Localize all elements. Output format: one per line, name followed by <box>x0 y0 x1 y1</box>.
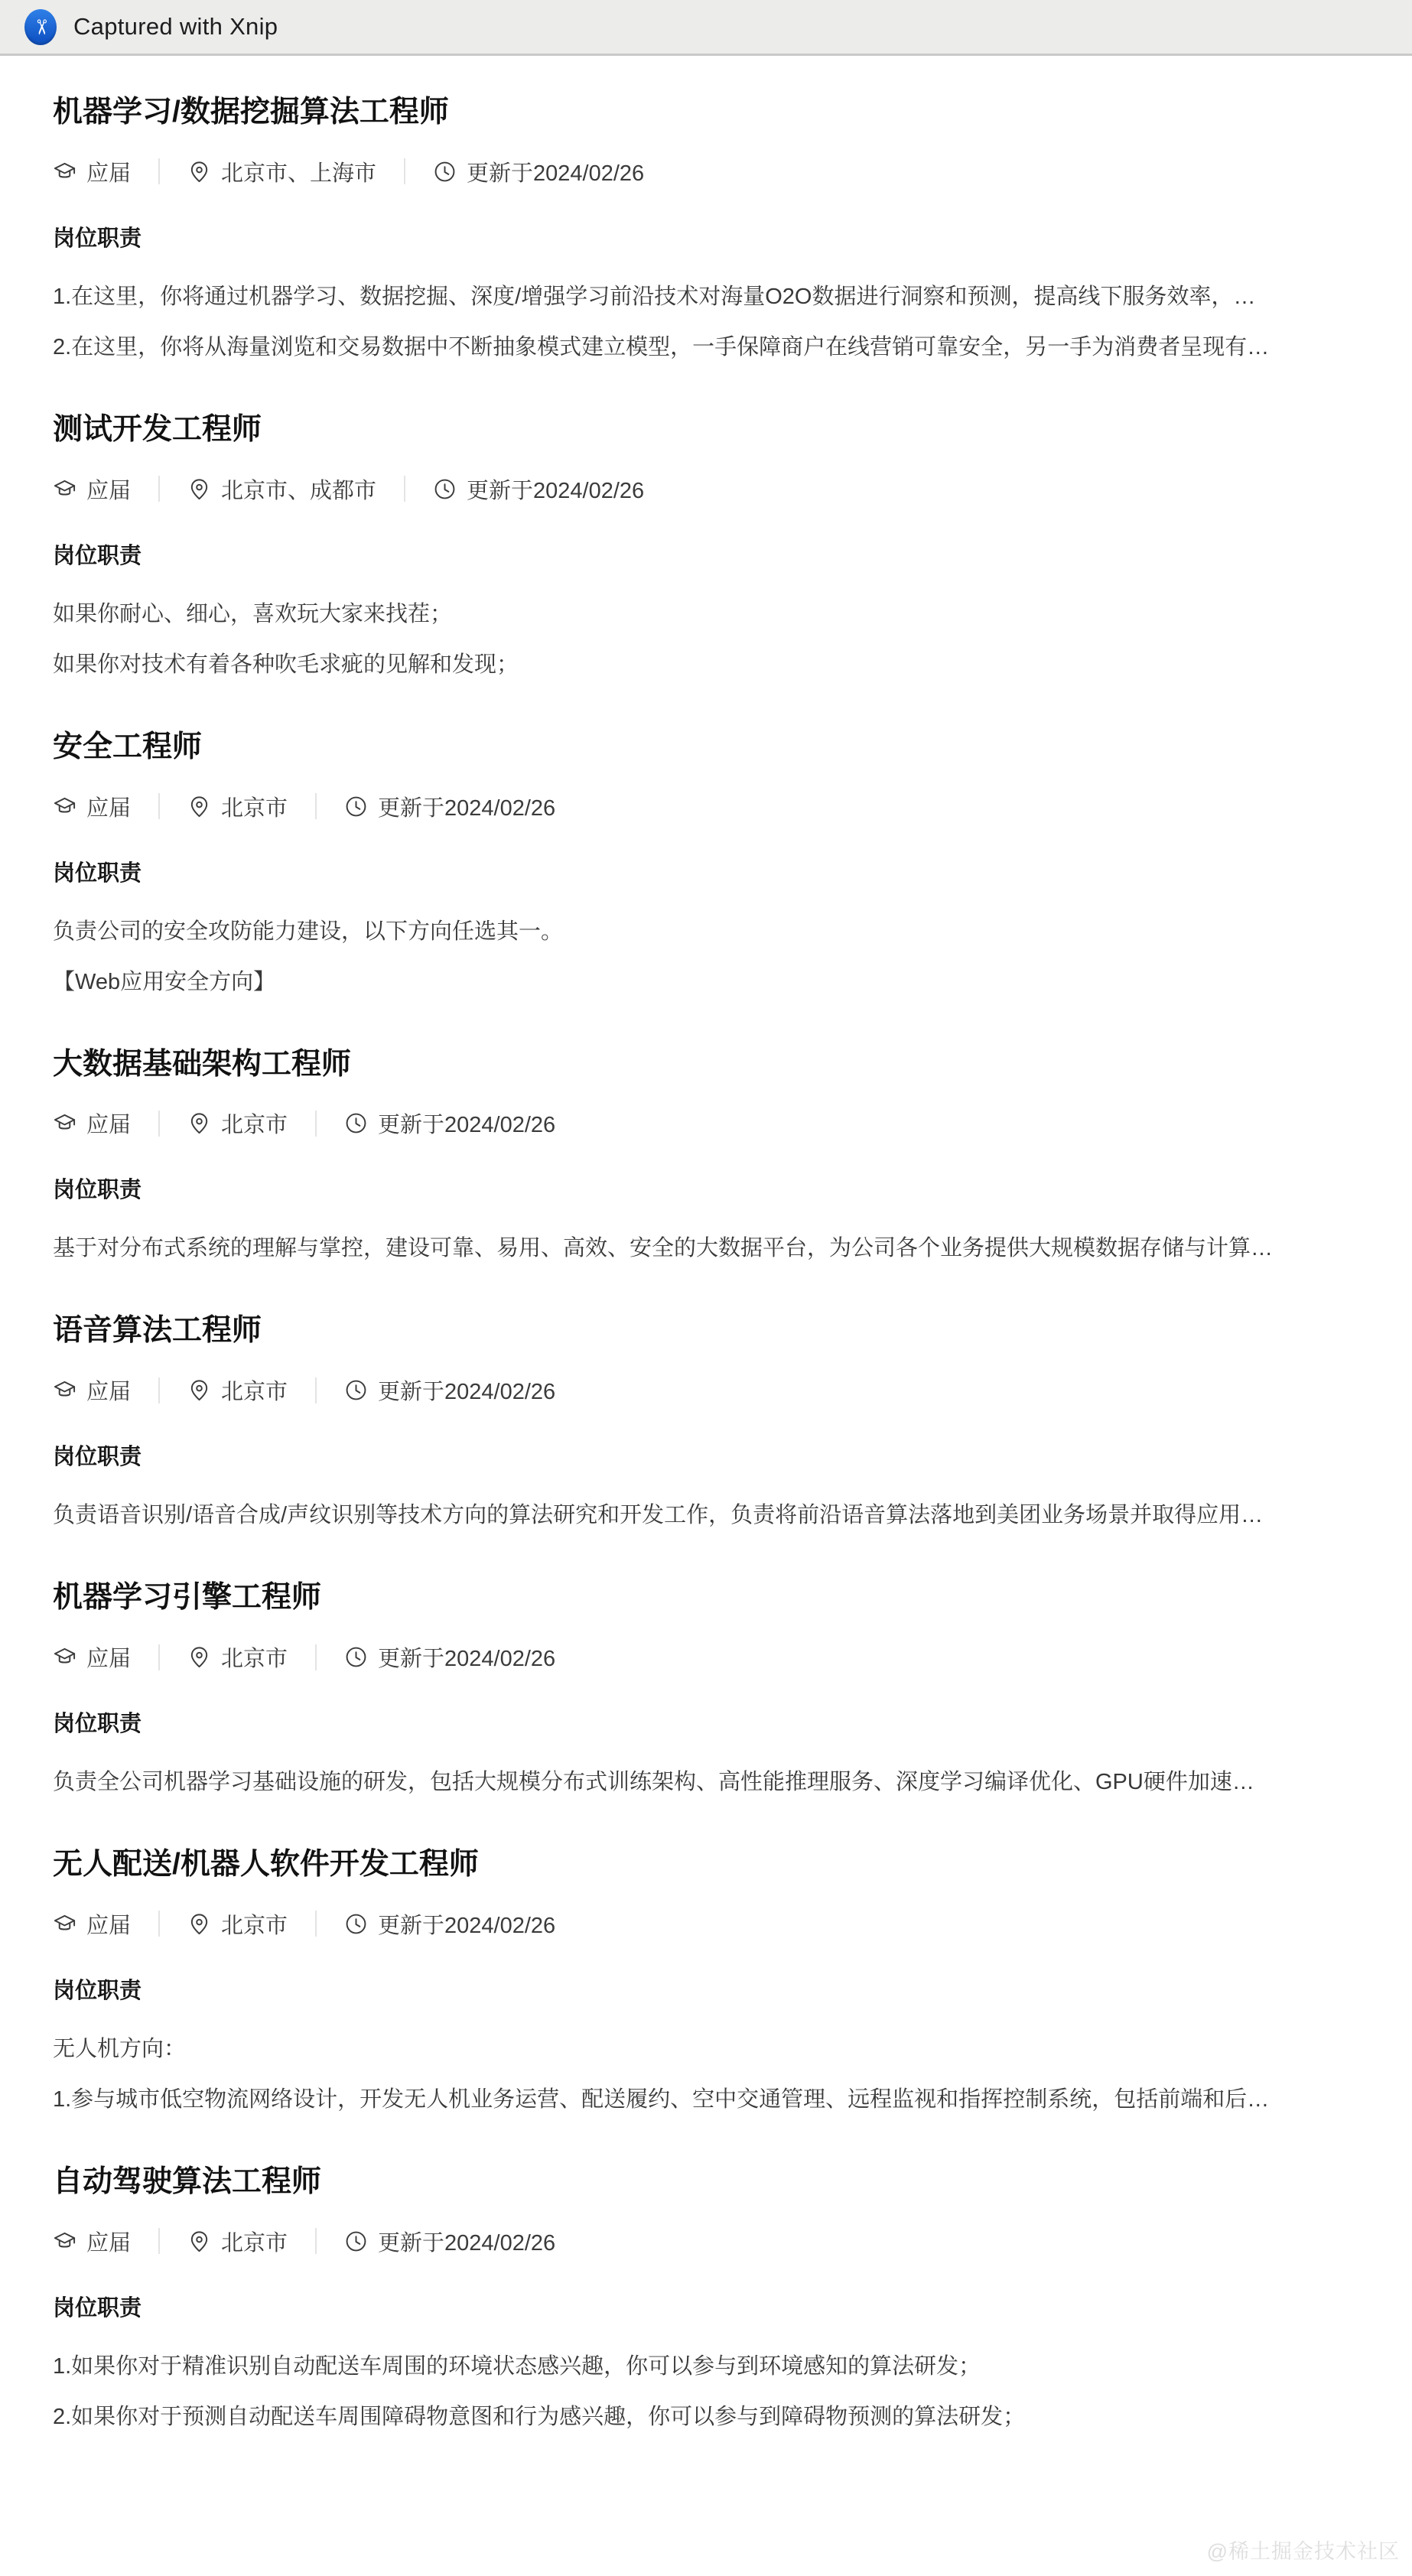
responsibility-line: 1.参与城市低空物流网络设计，开发无人机业务运营、配送履约、空中交通管理、远程监… <box>53 2084 1359 2115</box>
job-meta-row: 应届 北京市 更新于2024/02/26 <box>53 1641 1359 1673</box>
job-title[interactable]: 测试开发工程师 <box>53 413 1359 447</box>
job-title[interactable]: 语音算法工程师 <box>53 1314 1359 1348</box>
meta-divider <box>158 476 160 502</box>
graduation-cap-icon <box>53 1378 76 1402</box>
location-pin-icon <box>187 795 211 818</box>
job-location-label: 北京市 <box>221 1374 288 1406</box>
job-responsibilities: 如果你耐心、细心，喜欢玩大家来找茬；如果你对技术有着各种吹毛求疵的见解和发现； <box>53 599 1359 680</box>
job-responsibilities: 无人机方向：1.参与城市低空物流网络设计，开发无人机业务运营、配送履约、空中交通… <box>53 2034 1359 2115</box>
graduation-cap-icon <box>53 2230 76 2253</box>
job-grade-label: 应届 <box>86 1908 131 1940</box>
job-section-label: 岗位职责 <box>53 221 1359 252</box>
job-location: 北京市 <box>187 1908 288 1940</box>
job-location: 北京市 <box>187 1374 288 1406</box>
location-pin-icon <box>187 1111 211 1135</box>
location-pin-icon <box>187 1378 211 1402</box>
clock-icon <box>344 1912 368 1936</box>
job-title[interactable]: 安全工程师 <box>53 730 1359 765</box>
responsibility-line: 【Web应用安全方向】 <box>53 967 1359 997</box>
job-title[interactable]: 大数据基础架构工程师 <box>53 1048 1359 1082</box>
job-location-label: 北京市、上海市 <box>221 156 376 187</box>
meta-divider <box>315 1644 317 1670</box>
job-updated: 更新于2024/02/26 <box>344 1641 555 1673</box>
job-grade: 应届 <box>53 156 131 187</box>
job-updated-label: 更新于2024/02/26 <box>467 473 644 505</box>
job-location: 北京市、成都市 <box>187 473 376 505</box>
location-pin-icon <box>187 1645 211 1669</box>
job-card[interactable]: 安全工程师 应届 北京市 <box>53 730 1359 997</box>
header-bar: ✂ Captured with Xnip <box>0 0 1412 56</box>
responsibility-line: 负责全公司机器学习基础设施的研发，包括大规模分布式训练架构、高性能推理服务、深度… <box>53 1767 1359 1797</box>
job-grade-label: 应届 <box>86 1107 131 1139</box>
job-title[interactable]: 无人配送/机器人软件开发工程师 <box>53 1848 1359 1882</box>
job-responsibilities: 负责公司的安全攻防能力建设，以下方向任选其一。【Web应用安全方向】 <box>53 916 1359 997</box>
job-card[interactable]: 自动驾驶算法工程师 应届 北京市 <box>53 2165 1359 2432</box>
meta-divider <box>315 793 317 819</box>
job-grade: 应届 <box>53 791 131 822</box>
job-grade-label: 应届 <box>86 1641 131 1673</box>
job-updated-label: 更新于2024/02/26 <box>378 791 555 822</box>
meta-divider <box>404 158 405 184</box>
meta-divider <box>158 158 160 184</box>
job-section-label: 岗位职责 <box>53 856 1359 887</box>
job-responsibilities: 1.在这里，你将通过机器学习、数据挖掘、深度/增强学习前沿技术对海量O2O数据进… <box>53 281 1359 363</box>
job-location: 北京市 <box>187 2226 288 2257</box>
job-grade-label: 应届 <box>86 1374 131 1406</box>
job-updated-label: 更新于2024/02/26 <box>378 1374 555 1406</box>
job-title[interactable]: 机器学习/数据挖掘算法工程师 <box>53 96 1359 130</box>
clock-icon <box>433 477 457 501</box>
meta-divider <box>158 1644 160 1670</box>
job-meta-row: 应届 北京市 更新于2024/02/26 <box>53 1107 1359 1139</box>
community-watermark: @稀土掘金技术社区 <box>1207 2535 1400 2565</box>
job-grade: 应届 <box>53 1641 131 1673</box>
job-updated-label: 更新于2024/02/26 <box>378 2226 555 2257</box>
job-updated: 更新于2024/02/26 <box>344 791 555 822</box>
clock-icon <box>344 1645 368 1669</box>
graduation-cap-icon <box>53 1912 76 1936</box>
job-location: 北京市 <box>187 791 288 822</box>
graduation-cap-icon <box>53 160 76 184</box>
scissors-glyph: ✂ <box>31 18 51 36</box>
job-location-label: 北京市 <box>221 1107 288 1139</box>
job-responsibilities: 1.如果你对于精准识别自动配送车周围的环境状态感兴趣，你可以参与到环境感知的算法… <box>53 2351 1359 2432</box>
job-updated: 更新于2024/02/26 <box>344 1374 555 1406</box>
meta-divider <box>404 476 405 502</box>
responsibility-line: 基于对分布式系统的理解与掌控，建设可靠、易用、高效、安全的大数据平台，为公司各个… <box>53 1233 1359 1264</box>
meta-divider <box>158 1377 160 1403</box>
job-updated-label: 更新于2024/02/26 <box>467 156 644 187</box>
job-responsibilities: 负责语音识别/语音合成/声纹识别等技术方向的算法研究和开发工作，负责将前沿语音算… <box>53 1500 1359 1530</box>
job-grade-label: 应届 <box>86 791 131 822</box>
job-location-label: 北京市、成都市 <box>221 473 376 505</box>
job-location-label: 北京市 <box>221 1908 288 1940</box>
job-grade: 应届 <box>53 1908 131 1940</box>
clock-icon <box>344 1378 368 1402</box>
responsibility-line: 负责语音识别/语音合成/声纹识别等技术方向的算法研究和开发工作，负责将前沿语音算… <box>53 1500 1359 1530</box>
job-updated: 更新于2024/02/26 <box>344 1107 555 1139</box>
meta-divider <box>315 1911 317 1937</box>
job-updated-label: 更新于2024/02/26 <box>378 1107 555 1139</box>
job-section-label: 岗位职责 <box>53 538 1359 570</box>
clock-icon <box>344 2230 368 2253</box>
job-list: 机器学习/数据挖掘算法工程师 应届 北京市、上海市 <box>0 96 1412 2432</box>
job-card[interactable]: 机器学习/数据挖掘算法工程师 应届 北京市、上海市 <box>53 96 1359 363</box>
job-grade: 应届 <box>53 473 131 505</box>
graduation-cap-icon <box>53 1111 76 1135</box>
job-meta-row: 应届 北京市、成都市 更新于2024/02/26 <box>53 473 1359 505</box>
responsibility-line: 如果你对技术有着各种吹毛求疵的见解和发现； <box>53 649 1359 680</box>
job-card[interactable]: 测试开发工程师 应届 北京市、成都市 <box>53 413 1359 680</box>
job-card[interactable]: 机器学习引擎工程师 应届 北京市 <box>53 1581 1359 1797</box>
graduation-cap-icon <box>53 477 76 501</box>
job-section-label: 岗位职责 <box>53 1706 1359 1738</box>
job-section-label: 岗位职责 <box>53 2291 1359 2322</box>
job-updated: 更新于2024/02/26 <box>433 473 644 505</box>
responsibility-line: 2.在这里，你将从海量浏览和交易数据中不断抽象模式建立模型，一手保障商户在线营销… <box>53 332 1359 363</box>
job-location-label: 北京市 <box>221 791 288 822</box>
location-pin-icon <box>187 1912 211 1936</box>
graduation-cap-icon <box>53 1645 76 1669</box>
job-section-label: 岗位职责 <box>53 1973 1359 2005</box>
meta-divider <box>158 1111 160 1137</box>
location-pin-icon <box>187 2230 211 2253</box>
job-location-label: 北京市 <box>221 2226 288 2257</box>
header-title: Captured with Xnip <box>73 13 278 41</box>
job-title[interactable]: 自动驾驶算法工程师 <box>53 2165 1359 2200</box>
job-updated: 更新于2024/02/26 <box>344 2226 555 2257</box>
job-grade-label: 应届 <box>86 156 131 187</box>
meta-divider <box>315 1111 317 1137</box>
responsibility-line: 如果你耐心、细心，喜欢玩大家来找茬； <box>53 599 1359 629</box>
job-meta-row: 应届 北京市 更新于2024/02/26 <box>53 1374 1359 1406</box>
job-card[interactable]: 无人配送/机器人软件开发工程师 应届 北京市 <box>53 1848 1359 2115</box>
job-updated-label: 更新于2024/02/26 <box>378 1641 555 1673</box>
job-location: 北京市 <box>187 1641 288 1673</box>
job-grade: 应届 <box>53 1374 131 1406</box>
clock-icon <box>344 795 368 818</box>
responsibility-line: 1.在这里，你将通过机器学习、数据挖掘、深度/增强学习前沿技术对海量O2O数据进… <box>53 281 1359 312</box>
responsibility-line: 无人机方向： <box>53 2034 1359 2064</box>
responsibility-line: 1.如果你对于精准识别自动配送车周围的环境状态感兴趣，你可以参与到环境感知的算法… <box>53 2351 1359 2382</box>
job-section-label: 岗位职责 <box>53 1439 1359 1471</box>
job-grade-label: 应届 <box>86 2226 131 2257</box>
job-meta-row: 应届 北京市 更新于2024/02/26 <box>53 1908 1359 1940</box>
job-updated: 更新于2024/02/26 <box>344 1908 555 1940</box>
responsibility-line: 负责公司的安全攻防能力建设，以下方向任选其一。 <box>53 916 1359 947</box>
job-meta-row: 应届 北京市、上海市 更新于2024/02/26 <box>53 156 1359 187</box>
meta-divider <box>158 1911 160 1937</box>
job-grade: 应届 <box>53 1107 131 1139</box>
meta-divider <box>158 793 160 819</box>
job-location: 北京市、上海市 <box>187 156 376 187</box>
meta-divider <box>315 2228 317 2254</box>
meta-divider <box>158 2228 160 2254</box>
location-pin-icon <box>187 477 211 501</box>
job-card[interactable]: 大数据基础架构工程师 应届 北京市 <box>53 1048 1359 1264</box>
job-grade-label: 应届 <box>86 473 131 505</box>
meta-divider <box>315 1377 317 1403</box>
clock-icon <box>433 160 457 184</box>
job-location-label: 北京市 <box>221 1641 288 1673</box>
job-updated-label: 更新于2024/02/26 <box>378 1908 555 1940</box>
xnip-scissors-icon: ✂ <box>24 9 57 45</box>
clock-icon <box>344 1111 368 1135</box>
location-pin-icon <box>187 160 211 184</box>
responsibility-line: 2.如果你对于预测自动配送车周围障碍物意图和行为感兴趣，你可以参与到障碍物预测的… <box>53 2402 1359 2432</box>
job-grade: 应届 <box>53 2226 131 2257</box>
job-card[interactable]: 语音算法工程师 应届 北京市 <box>53 1314 1359 1530</box>
job-title[interactable]: 机器学习引擎工程师 <box>53 1581 1359 1615</box>
job-responsibilities: 负责全公司机器学习基础设施的研发，包括大规模分布式训练架构、高性能推理服务、深度… <box>53 1767 1359 1797</box>
job-location: 北京市 <box>187 1107 288 1139</box>
job-updated: 更新于2024/02/26 <box>433 156 644 187</box>
graduation-cap-icon <box>53 795 76 818</box>
job-section-label: 岗位职责 <box>53 1173 1359 1204</box>
job-meta-row: 应届 北京市 更新于2024/02/26 <box>53 791 1359 822</box>
job-meta-row: 应届 北京市 更新于2024/02/26 <box>53 2226 1359 2257</box>
job-responsibilities: 基于对分布式系统的理解与掌控，建设可靠、易用、高效、安全的大数据平台，为公司各个… <box>53 1233 1359 1264</box>
